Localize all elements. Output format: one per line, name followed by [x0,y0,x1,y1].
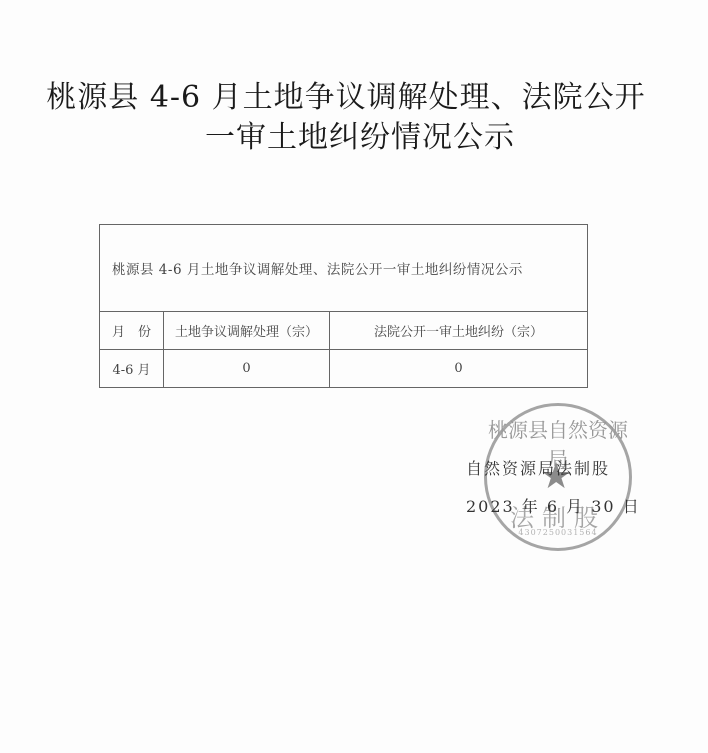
cell-court-count: 0 [330,350,588,388]
document-title-line2: 一审土地纠纷情况公示 [6,112,708,156]
signature-date: 2023 年 6 月 30 日 [466,494,641,517]
cell-mediation-count: 0 [164,350,330,388]
header-court-cases: 法院公开一审土地纠纷（宗） [330,312,588,350]
signature-department: 自然资源局法制股 [466,456,610,479]
header-mediation: 土地争议调解处理（宗） [164,312,330,350]
table-caption: 桃源县 4-6 月土地争议调解处理、法院公开一审土地纠纷情况公示 [100,225,588,312]
cell-month: 4-6 月 [100,350,164,388]
table-header-row: 月 份 土地争议调解处理（宗） 法院公开一审土地纠纷（宗） [100,312,588,350]
header-month: 月 份 [100,312,164,350]
table-row: 4-6 月 0 0 [100,350,588,388]
document-title-line1: 桃源县 4-6 月土地争议调解处理、法院公开 [0,72,700,116]
seal-code: 4307250031564 [487,528,629,537]
disputes-table: 桃源县 4-6 月土地争议调解处理、法院公开一审土地纠纷情况公示 月 份 土地争… [99,224,588,388]
